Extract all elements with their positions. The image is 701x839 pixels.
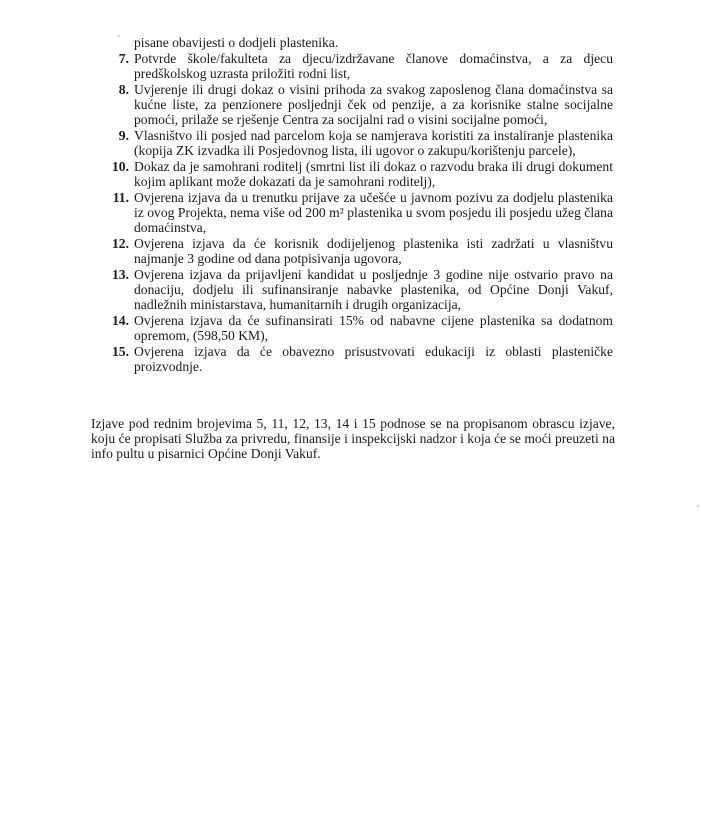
item-text: Vlasništvo ili posjed nad parcelom koja … [134,128,613,158]
item-number: 10. [91,159,129,174]
item-number: 9. [91,128,129,143]
list-item: 8. Uvjerenje ili drugi dokaz o visini pr… [91,82,613,127]
item-number: 12. [91,236,129,251]
item-text: Ovjerena izjava da će sufinansirati 15% … [134,313,613,343]
item-text: Potvrde škole/fakulteta za djecu/izdržav… [134,51,613,81]
closing-paragraph: Izjave pod rednim brojevima 5, 11, 12, 1… [91,416,615,461]
continuation-text: pisane obavijesti o dodjeli plastenika. [91,35,613,50]
document-page: pisane obavijesti o dodjeli plastenika. … [0,0,701,839]
item-text: Ovjerena izjava da u trenutku prijave za… [134,190,613,235]
item-text: Uvjerenje ili drugi dokaz o visini priho… [134,82,613,127]
list-item: 11. Ovjerena izjava da u trenutku prijav… [91,190,613,235]
list-item: 12. Ovjerena izjava da će korisnik dodij… [91,236,613,266]
list-item: 7. Potvrde škole/fakulteta za djecu/izdr… [91,51,613,81]
scan-speck [118,35,120,37]
list-item: 13. Ovjerena izjava da prijavljeni kandi… [91,267,613,312]
item-number: 13. [91,267,129,282]
list-item: 14. Ovjerena izjava da će sufinansirati … [91,313,613,343]
item-number: 14. [91,313,129,328]
item-number: 7. [91,51,129,66]
item-number: 11. [91,190,129,205]
list-item: 15. Ovjerena izjava da će obavezno prisu… [91,344,613,374]
item-text: Ovjerena izjava da prijavljeni kandidat … [134,267,613,312]
requirements-list: pisane obavijesti o dodjeli plastenika. … [91,35,613,374]
list-item: 9. Vlasništvo ili posjed nad parcelom ko… [91,128,613,158]
scan-speck [697,505,699,507]
item-text: Dokaz da je samohrani roditelj (smrtni l… [134,159,613,189]
list-item: 10. Dokaz da je samohrani roditelj (smrt… [91,159,613,189]
item-number: 15. [91,344,129,359]
item-text: Ovjerena izjava da će korisnik dodijelje… [134,236,613,266]
item-number: 8. [91,82,129,97]
item-text: Ovjerena izjava da će obavezno prisustvo… [134,344,613,374]
